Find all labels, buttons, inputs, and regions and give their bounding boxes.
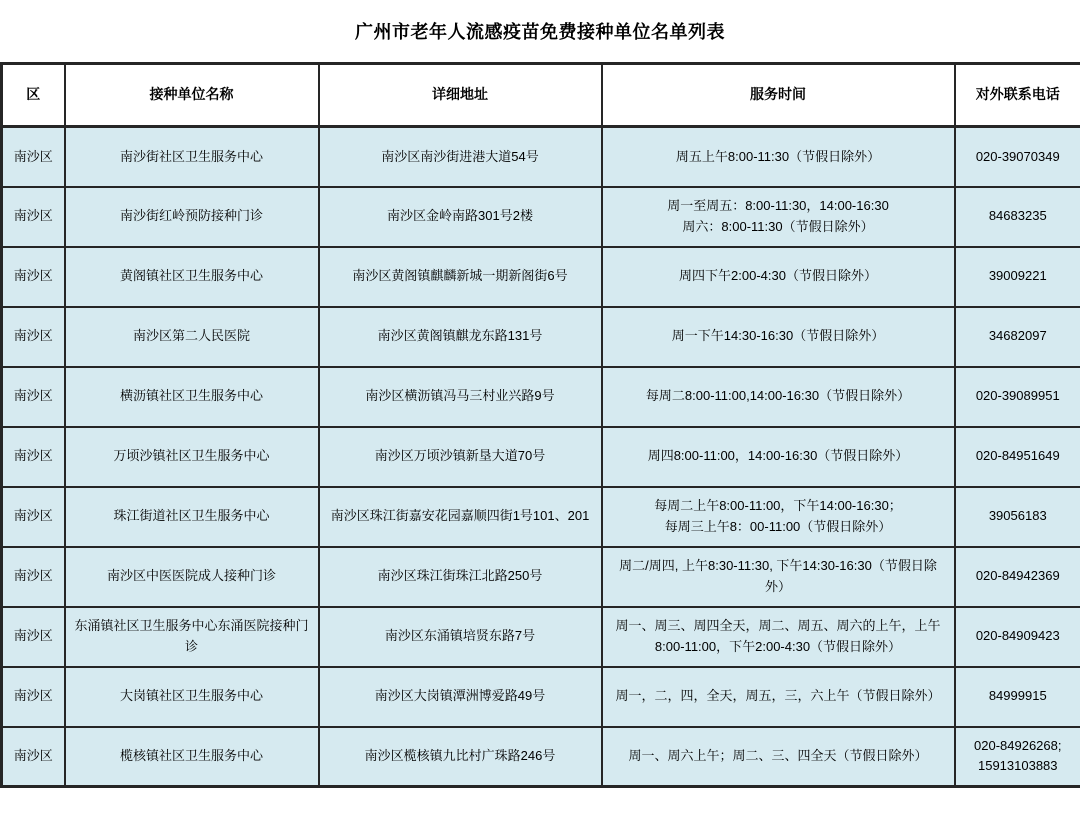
cell-district: 南沙区 <box>2 547 65 607</box>
cell-hours: 周一、周六上午；周二、三、四全天（节假日除外） <box>602 727 955 787</box>
cell-hours: 周一下午14:30-16:30（节假日除外） <box>602 307 955 367</box>
cell-name: 南沙街红岭预防接种门诊 <box>65 187 319 247</box>
column-header-unit-name: 接种单位名称 <box>65 64 319 127</box>
table-row: 南沙区东涌镇社区卫生服务中心东涌医院接种门诊南沙区东涌镇培贤东路7号周一、周三、… <box>2 607 1080 667</box>
table-row: 南沙区榄核镇社区卫生服务中心南沙区榄核镇九比村广珠路246号周一、周六上午；周二… <box>2 727 1080 787</box>
table-row: 南沙区珠江街道社区卫生服务中心南沙区珠江街嘉安花园嘉顺四街1号101、201每周… <box>2 487 1080 547</box>
cell-district: 南沙区 <box>2 127 65 187</box>
vaccination-units-table: 区 接种单位名称 详细地址 服务时间 对外联系电话 南沙区南沙街社区卫生服务中心… <box>0 62 1080 788</box>
cell-phone: 39056183 <box>955 487 1080 547</box>
cell-phone: 020-84951649 <box>955 427 1080 487</box>
cell-address: 南沙区南沙街进港大道54号 <box>319 127 602 187</box>
cell-district: 南沙区 <box>2 187 65 247</box>
cell-phone: 84999915 <box>955 667 1080 727</box>
cell-phone: 020-84909423 <box>955 607 1080 667</box>
cell-address: 南沙区黄阁镇麒龙东路131号 <box>319 307 602 367</box>
cell-district: 南沙区 <box>2 427 65 487</box>
cell-district: 南沙区 <box>2 667 65 727</box>
cell-hours: 周二/周四, 上午8:30-11:30, 下午14:30-16:30（节假日除外… <box>602 547 955 607</box>
table-body: 南沙区南沙街社区卫生服务中心南沙区南沙街进港大道54号周五上午8:00-11:3… <box>2 127 1080 787</box>
cell-phone: 020-39089951 <box>955 367 1080 427</box>
table-row: 南沙区黄阁镇社区卫生服务中心南沙区黄阁镇麒麟新城一期新阁街6号周四下午2:00-… <box>2 247 1080 307</box>
cell-district: 南沙区 <box>2 367 65 427</box>
cell-phone: 84683235 <box>955 187 1080 247</box>
table-row: 南沙区横沥镇社区卫生服务中心南沙区横沥镇冯马三村业兴路9号每周二8:00-11:… <box>2 367 1080 427</box>
cell-name: 南沙街社区卫生服务中心 <box>65 127 319 187</box>
cell-district: 南沙区 <box>2 307 65 367</box>
table-row: 南沙区南沙区第二人民医院南沙区黄阁镇麒龙东路131号周一下午14:30-16:3… <box>2 307 1080 367</box>
cell-phone: 020-39070349 <box>955 127 1080 187</box>
cell-district: 南沙区 <box>2 247 65 307</box>
table-row: 南沙区南沙街社区卫生服务中心南沙区南沙街进港大道54号周五上午8:00-11:3… <box>2 127 1080 187</box>
cell-address: 南沙区珠江街珠江北路250号 <box>319 547 602 607</box>
cell-hours: 每周二8:00-11:00,14:00-16:30（节假日除外） <box>602 367 955 427</box>
page-title: 广州市老年人流感疫苗免费接种单位名单列表 <box>355 18 725 44</box>
cell-address: 南沙区珠江街嘉安花园嘉顺四街1号101、201 <box>319 487 602 547</box>
cell-hours: 周四8:00-11:00，14:00-16:30（节假日除外） <box>602 427 955 487</box>
cell-name: 黄阁镇社区卫生服务中心 <box>65 247 319 307</box>
table-row: 南沙区大岗镇社区卫生服务中心南沙区大岗镇潭洲博爱路49号周一，二，四，全天，周五… <box>2 667 1080 727</box>
column-header-district: 区 <box>2 64 65 127</box>
cell-hours: 周四下午2:00-4:30（节假日除外） <box>602 247 955 307</box>
cell-address: 南沙区大岗镇潭洲博爱路49号 <box>319 667 602 727</box>
column-header-service-hours: 服务时间 <box>602 64 955 127</box>
table-row: 南沙区南沙区中医医院成人接种门诊南沙区珠江街珠江北路250号周二/周四, 上午8… <box>2 547 1080 607</box>
page: 广州市老年人流感疫苗免费接种单位名单列表 区 接种单位名称 详细地址 服务时间 … <box>0 0 1080 838</box>
cell-name: 南沙区中医医院成人接种门诊 <box>65 547 319 607</box>
column-header-address: 详细地址 <box>319 64 602 127</box>
table-row: 南沙区万顷沙镇社区卫生服务中心南沙区万顷沙镇新垦大道70号周四8:00-11:0… <box>2 427 1080 487</box>
cell-district: 南沙区 <box>2 487 65 547</box>
cell-name: 横沥镇社区卫生服务中心 <box>65 367 319 427</box>
cell-name: 万顷沙镇社区卫生服务中心 <box>65 427 319 487</box>
cell-hours: 周一、周三、周四全天，周二、周五、周六的上午，上午8:00-11:00，下午2:… <box>602 607 955 667</box>
cell-hours: 周一，二，四，全天，周五，三，六上午（节假日除外） <box>602 667 955 727</box>
cell-address: 南沙区黄阁镇麒麟新城一期新阁街6号 <box>319 247 602 307</box>
table-row: 南沙区南沙街红岭预防接种门诊南沙区金岭南路301号2楼周一至周五：8:00-11… <box>2 187 1080 247</box>
table-header: 区 接种单位名称 详细地址 服务时间 对外联系电话 <box>2 64 1080 127</box>
cell-name: 珠江街道社区卫生服务中心 <box>65 487 319 547</box>
table-header-row: 区 接种单位名称 详细地址 服务时间 对外联系电话 <box>2 64 1080 127</box>
cell-phone: 34682097 <box>955 307 1080 367</box>
cell-address: 南沙区横沥镇冯马三村业兴路9号 <box>319 367 602 427</box>
cell-hours: 周五上午8:00-11:30（节假日除外） <box>602 127 955 187</box>
cell-name: 榄核镇社区卫生服务中心 <box>65 727 319 787</box>
cell-phone: 020-84926268; 15913103883 <box>955 727 1080 787</box>
cell-district: 南沙区 <box>2 607 65 667</box>
cell-phone: 020-84942369 <box>955 547 1080 607</box>
cell-hours: 每周二上午8:00-11:00，下午14:00-16:30； 每周三上午8：00… <box>602 487 955 547</box>
cell-address: 南沙区榄核镇九比村广珠路246号 <box>319 727 602 787</box>
cell-phone: 39009221 <box>955 247 1080 307</box>
title-bar: 广州市老年人流感疫苗免费接种单位名单列表 <box>0 0 1080 62</box>
cell-hours: 周一至周五：8:00-11:30，14:00-16:30 周六：8:00-11:… <box>602 187 955 247</box>
cell-address: 南沙区万顷沙镇新垦大道70号 <box>319 427 602 487</box>
cell-name: 大岗镇社区卫生服务中心 <box>65 667 319 727</box>
cell-address: 南沙区金岭南路301号2楼 <box>319 187 602 247</box>
cell-name: 南沙区第二人民医院 <box>65 307 319 367</box>
cell-address: 南沙区东涌镇培贤东路7号 <box>319 607 602 667</box>
column-header-phone: 对外联系电话 <box>955 64 1080 127</box>
cell-district: 南沙区 <box>2 727 65 787</box>
cell-name: 东涌镇社区卫生服务中心东涌医院接种门诊 <box>65 607 319 667</box>
